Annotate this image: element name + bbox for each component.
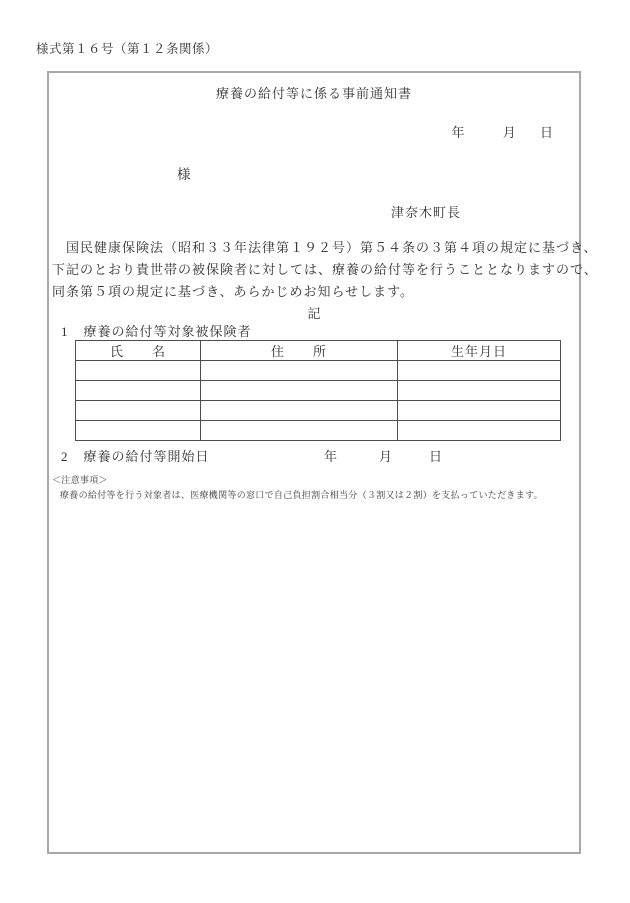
cell-name bbox=[76, 401, 201, 421]
date-month-label: 月 bbox=[503, 125, 516, 140]
document-border-box: 療養の給付等に係る事前通知書 年 月 日 様 津奈木町長 国民健康保険法（昭和３… bbox=[47, 71, 581, 854]
table-header-row: 氏 名 住 所 生年月日 bbox=[76, 341, 561, 361]
cell-name bbox=[76, 361, 201, 381]
body-paragraph: 国民健康保険法（昭和３３年法律第１９２号）第５４条の３第４項の規定に基づき、 下… bbox=[52, 237, 580, 303]
cell-address bbox=[201, 421, 398, 441]
table-row bbox=[76, 421, 561, 441]
section2-heading: 2療養の給付等開始日 年 月 日 bbox=[61, 446, 571, 465]
cell-birthdate bbox=[398, 401, 561, 421]
cell-name bbox=[76, 421, 201, 441]
table-header-address: 住 所 bbox=[201, 341, 398, 361]
cell-birthdate bbox=[398, 421, 561, 441]
cell-birthdate bbox=[398, 381, 561, 401]
section1-title: 療養の給付等対象被保険者 bbox=[84, 324, 252, 339]
section1-number: 1 bbox=[61, 324, 68, 340]
table-row bbox=[76, 381, 561, 401]
date-day-label: 日 bbox=[540, 125, 553, 140]
addressee-line: 様 bbox=[177, 163, 191, 183]
date-year-label: 年 bbox=[451, 125, 464, 140]
document-title: 療養の給付等に係る事前通知書 bbox=[49, 83, 579, 102]
notes-block: ＜注意事項＞ 療養の給付等を行う対象者は、医療機関等の窓口で自己負担割合相当分（… bbox=[52, 473, 572, 503]
cell-address bbox=[201, 361, 398, 381]
cell-address bbox=[201, 401, 398, 421]
start-date-day-label: 日 bbox=[429, 446, 442, 465]
start-date-year-label: 年 bbox=[324, 446, 337, 465]
cell-address bbox=[201, 381, 398, 401]
re-mark: 記 bbox=[49, 303, 579, 322]
form-number: 様式第１６号（第１２条関係） bbox=[36, 39, 218, 57]
section2-number: 2 bbox=[61, 449, 68, 465]
cell-name bbox=[76, 381, 201, 401]
table-row bbox=[76, 361, 561, 381]
sender-name: 津奈木町長 bbox=[391, 205, 461, 220]
sender-line: 津奈木町長 bbox=[391, 202, 461, 221]
date-line: 年 月 日 bbox=[451, 122, 553, 141]
body-line-1: 国民健康保険法（昭和３３年法律第１９２号）第５４条の３第４項の規定に基づき、 bbox=[52, 237, 580, 259]
notes-title: ＜注意事項＞ bbox=[52, 473, 572, 488]
document-page: 様式第１６号（第１２条関係） 療養の給付等に係る事前通知書 年 月 日 様 津奈… bbox=[0, 0, 630, 903]
table-header-name: 氏 名 bbox=[76, 341, 201, 361]
addressee-honorific: 様 bbox=[177, 167, 191, 182]
cell-birthdate bbox=[398, 361, 561, 381]
table-header-birthdate: 生年月日 bbox=[398, 341, 561, 361]
section1-heading: 1療養の給付等対象被保険者 bbox=[61, 321, 252, 340]
insured-persons-table: 氏 名 住 所 生年月日 bbox=[75, 340, 561, 441]
body-line-2: 下記のとおり貴世帯の被保険者に対しては、療養の給付等を行うこととなりますので、 bbox=[52, 259, 580, 281]
start-date-month-label: 月 bbox=[379, 446, 392, 465]
table-row bbox=[76, 401, 561, 421]
body-line-3: 同条第５項の規定に基づき、あらかじめお知らせします。 bbox=[52, 281, 580, 303]
notes-text: 療養の給付等を行う対象者は、医療機関等の窓口で自己負担割合相当分（３割又は２割）… bbox=[52, 488, 572, 503]
section2-title: 療養の給付等開始日 bbox=[84, 449, 210, 464]
